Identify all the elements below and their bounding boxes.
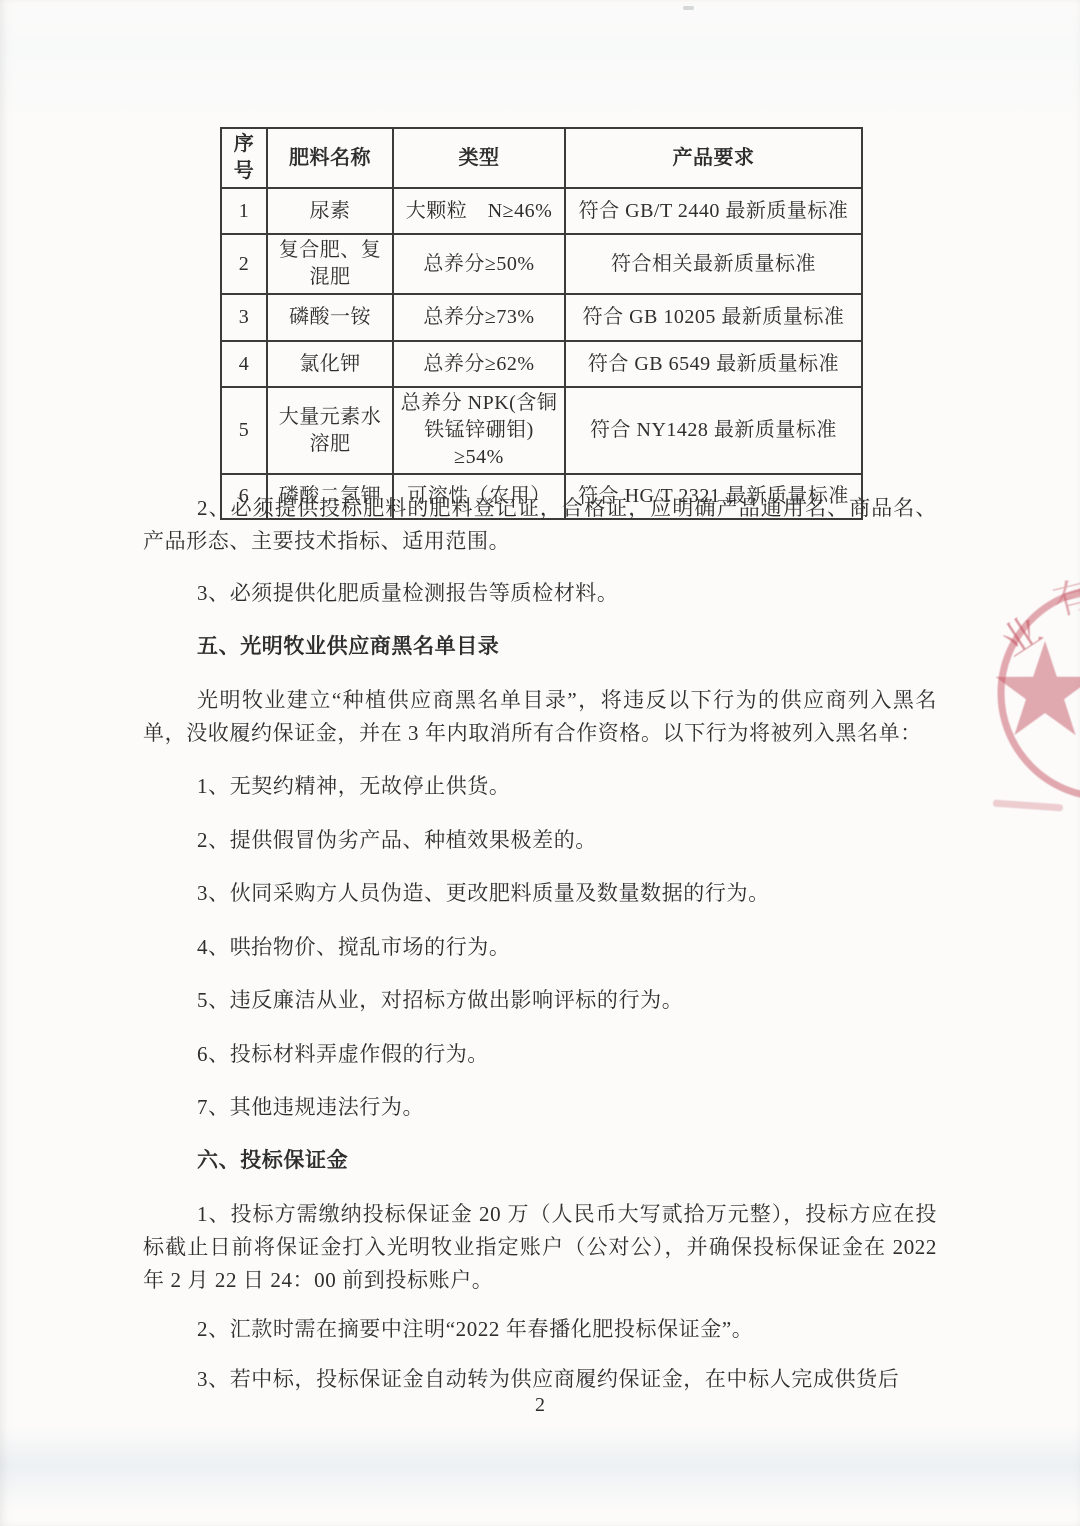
table-cell: 复合肥、复混肥 — [267, 234, 393, 294]
table-cell: 1 — [221, 188, 267, 234]
scan-speck — [683, 6, 694, 10]
section5-intro: 光明牧业建立“种植供应商黑名单目录”，将违反以下行为的供应商列入黑名单，没收履约… — [143, 684, 937, 750]
paragraph-quality-report: 3、必须提供化肥质量检测报告等质检材料。 — [143, 577, 937, 610]
table-header-cell: 类型 — [393, 128, 565, 188]
blacklist-item-2: 2、提供假冒伪劣产品、种植效果极差的。 — [143, 824, 937, 857]
fertilizer-spec-table: 序号 肥料名称 类型 产品要求 1 尿素 大颗粒 N≥46% 符合 GB/T 2… — [220, 127, 863, 520]
table-cell: 氯化钾 — [267, 341, 393, 387]
table-cell: 总养分 NPK(含铜铁锰锌硼钼) ≥54% — [393, 387, 565, 474]
seal-graphic: 业 有 — [993, 574, 1080, 811]
blacklist-item-3: 3、伙同采购方人员伪造、更改肥料质量及数量数据的行为。 — [143, 877, 937, 910]
page-number: 2 — [0, 1394, 1080, 1417]
table-cell: 符合相关最新质量标准 — [565, 234, 862, 294]
section6-heading: 六、投标保证金 — [143, 1144, 937, 1177]
blacklist-item-5: 5、违反廉洁从业，对招标方做出影响评标的行为。 — [143, 984, 937, 1017]
table-header-cell: 序号 — [221, 128, 267, 188]
table-cell: 2 — [221, 234, 267, 294]
paragraph-supply-docs: 2、必须提供投标肥料的肥料登记证，合格证，应明确产品通用名、商品名、产品形态、主… — [143, 492, 937, 558]
seal-character-partial: 有 — [1049, 574, 1080, 624]
table-cell: 符合 GB/T 2440 最新质量标准 — [565, 188, 862, 234]
seal-star — [996, 641, 1080, 735]
seal-character: 业 — [994, 609, 1049, 665]
red-seal-stamp: 业 有 — [975, 550, 1080, 840]
blacklist-item-6: 6、投标材料弄虚作假的行为。 — [143, 1038, 937, 1071]
deposit-item-3: 3、若中标，投标保证金自动转为供应商履约保证金，在中标人完成供货后 — [143, 1363, 937, 1396]
blacklist-item-4: 4、哄抬物价、搅乱市场的行为。 — [143, 931, 937, 964]
table-header-cell: 肥料名称 — [267, 128, 393, 188]
table-header-row: 序号 肥料名称 类型 产品要求 — [221, 128, 862, 188]
table-row: 2 复合肥、复混肥 总养分≥50% 符合相关最新质量标准 — [221, 234, 862, 294]
table-cell: 总养分≥73% — [393, 294, 565, 341]
table-row: 4 氯化钾 总养分≥62% 符合 GB 6549 最新质量标准 — [221, 341, 862, 387]
table-cell: 4 — [221, 341, 267, 387]
deposit-item-1: 1、投标方需缴纳投标保证金 20 万（人民币大写贰拾万元整），投标方应在投标截止… — [143, 1198, 937, 1297]
table-cell: 尿素 — [267, 188, 393, 234]
deposit-item-2: 2、汇款时需在摘要中注明“2022 年春播化肥投标保证金”。 — [143, 1313, 937, 1346]
table-cell: 符合 GB 10205 最新质量标准 — [565, 294, 862, 341]
document-page: 序号 肥料名称 类型 产品要求 1 尿素 大颗粒 N≥46% 符合 GB/T 2… — [0, 0, 1080, 1526]
table-cell: 总养分≥62% — [393, 341, 565, 387]
table-cell: 符合 NY1428 最新质量标准 — [565, 387, 862, 474]
blacklist-item-1: 1、无契约精神，无故停止供货。 — [143, 770, 937, 803]
section5-heading: 五、光明牧业供应商黑名单目录 — [143, 630, 937, 663]
blacklist-item-7: 7、其他违规违法行为。 — [143, 1091, 937, 1124]
table-cell: 总养分≥50% — [393, 234, 565, 294]
table-row: 1 尿素 大颗粒 N≥46% 符合 GB/T 2440 最新质量标准 — [221, 188, 862, 234]
table-cell: 5 — [221, 387, 267, 474]
table-cell: 大量元素水溶肥 — [267, 387, 393, 474]
table-header-cell: 产品要求 — [565, 128, 862, 188]
table-cell: 磷酸一铵 — [267, 294, 393, 341]
table-cell: 符合 GB 6549 最新质量标准 — [565, 341, 862, 387]
table-row: 5 大量元素水溶肥 总养分 NPK(含铜铁锰锌硼钼) ≥54% 符合 NY142… — [221, 387, 862, 474]
table-cell: 大颗粒 N≥46% — [393, 188, 565, 234]
table-cell: 3 — [221, 294, 267, 341]
table-row: 3 磷酸一铵 总养分≥73% 符合 GB 10205 最新质量标准 — [221, 294, 862, 341]
